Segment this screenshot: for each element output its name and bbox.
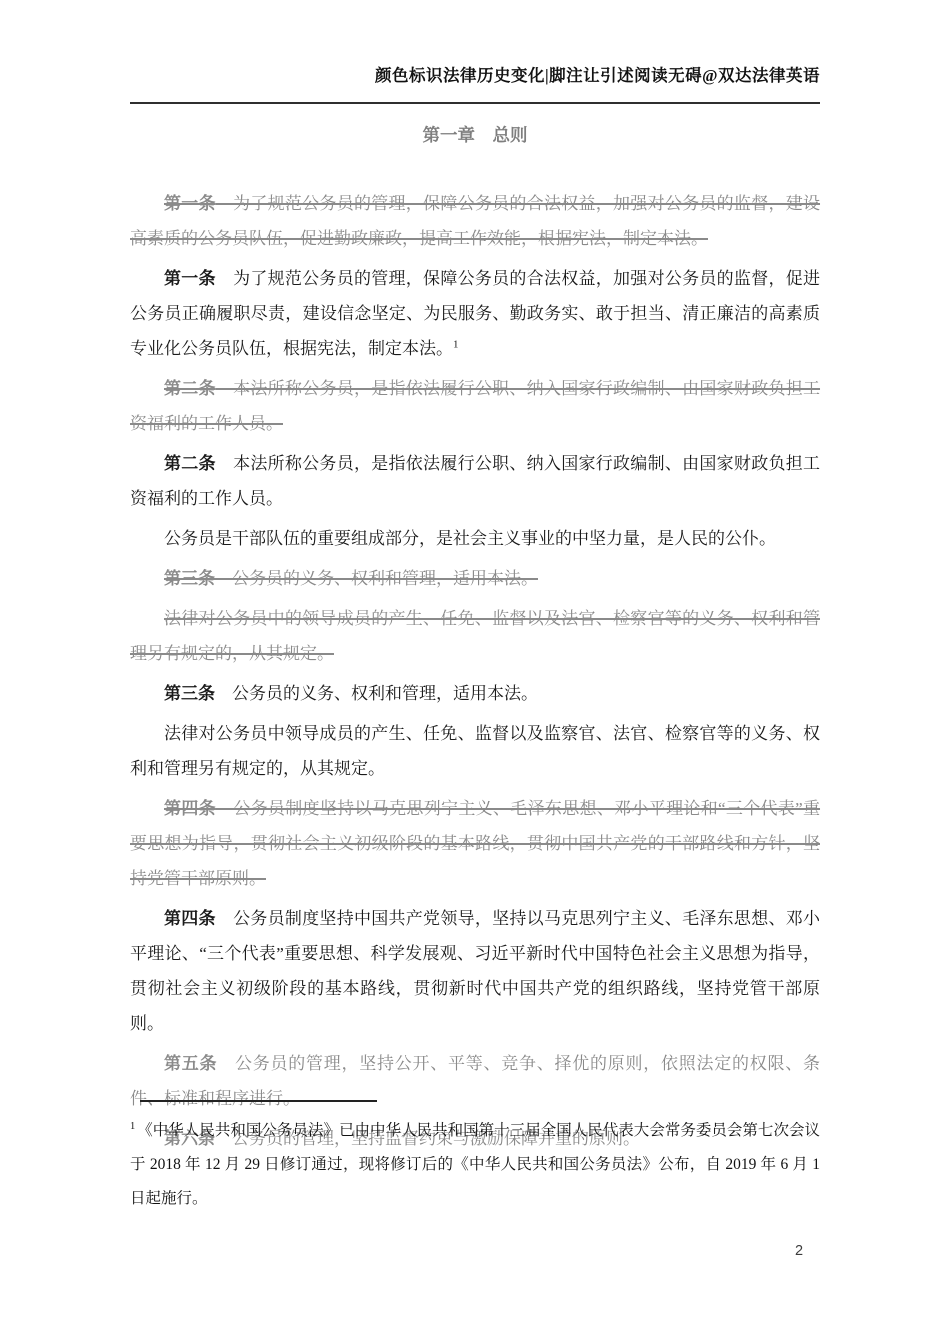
chapter-title: 第一章 总则 [130, 122, 820, 147]
article-paragraph-current: 法律对公务员中领导成员的产生、任免、监督以及监察官、法官、检察官等的义务、权利和… [130, 716, 820, 786]
article-paragraph-current: 第三条 公务员的义务、权利和管理，适用本法。 [130, 676, 820, 711]
article-number: 第一条 [164, 194, 216, 213]
article-paragraph-deleted: 法律对公务员中的领导成员的产生、任免、监督以及法官、检察官等的义务、权利和管理另… [130, 601, 820, 671]
footnote-section: 1《中华人民共和国公务员法》已由中华人民共和国第十三届全国人民代表大会常务委员会… [130, 1100, 820, 1216]
article-text: 本法所称公务员，是指依法履行公职、纳入国家行政编制、由国家财政负担工资福利的工作… [130, 454, 820, 508]
footnote-marker: 1 [130, 1121, 135, 1132]
article-paragraph-current: 第四条 公务员制度坚持中国共产党领导，坚持以马克思列宁主义、毛泽东思想、邓小平理… [130, 901, 820, 1041]
footnote-separator [140, 1100, 377, 1102]
article-paragraph-current: 第一条 为了规范公务员的管理，保障公务员的合法权益，加强对公务员的监督，促进公务… [130, 261, 820, 366]
article-number: 第三条 [164, 684, 215, 703]
article-text: 公务员制度坚持中国共产党领导，坚持以马克思列宁主义、毛泽东思想、邓小平理论、“三… [130, 909, 820, 1033]
article-number: 第二条 [164, 379, 216, 398]
article-paragraph-current: 公务员是干部队伍的重要组成部分，是社会主义事业的中坚力量，是人民的公仆。 [130, 521, 820, 556]
footnote-reference: 1 [453, 338, 459, 350]
article-text: 为了规范公务员的管理，保障公务员的合法权益，加强对公务员的监督，建设高素质的公务… [130, 194, 820, 248]
article-number: 第一条 [164, 269, 216, 288]
article-text: 公务员的义务、权利和管理，适用本法。 [215, 684, 538, 703]
article-text: 法律对公务员中领导成员的产生、任免、监督以及监察官、法官、检察官等的义务、权利和… [130, 724, 820, 778]
article-number: 第五条 [164, 1054, 217, 1073]
article-paragraph-deleted: 第三条 公务员的义务、权利和管理，适用本法。 [130, 561, 820, 596]
document-page: 颜色标识法律历史变化|脚注让引述阅读无碍@双达法律英语 第一章 总则 第一条 为… [0, 0, 950, 1344]
article-text: 公务员制度坚持以马克思列宁主义、毛泽东思想、邓小平理论和“三个代表”重要思想为指… [130, 799, 820, 888]
article-paragraph-deleted: 第四条 公务员制度坚持以马克思列宁主义、毛泽东思想、邓小平理论和“三个代表”重要… [130, 791, 820, 896]
article-number: 第四条 [164, 799, 216, 818]
page-header-text: 颜色标识法律历史变化|脚注让引述阅读无碍@双达法律英语 [130, 62, 820, 86]
article-text: 公务员是干部队伍的重要组成部分，是社会主义事业的中坚力量，是人民的公仆。 [164, 529, 776, 548]
article-text: 公务员的义务、权利和管理，适用本法。 [215, 569, 538, 588]
article-text: 为了规范公务员的管理，保障公务员的合法权益，加强对公务员的监督，促进公务员正确履… [130, 269, 820, 358]
article-paragraph-deleted: 第一条 为了规范公务员的管理，保障公务员的合法权益，加强对公务员的监督，建设高素… [130, 186, 820, 256]
header-divider [130, 102, 820, 104]
footnote-text-block: 1《中华人民共和国公务员法》已由中华人民共和国第十三届全国人民代表大会常务委员会… [130, 1114, 820, 1216]
article-paragraph-current: 第二条 本法所称公务员，是指依法履行公职、纳入国家行政编制、由国家财政负担工资福… [130, 446, 820, 516]
article-text: 本法所称公务员，是指依法履行公职、纳入国家行政编制、由国家财政负担工资福利的工作… [130, 379, 820, 433]
page-number: 2 [795, 1243, 803, 1259]
footnote-text: 《中华人民共和国公务员法》已由中华人民共和国第十三届全国人民代表大会常务委员会第… [130, 1122, 820, 1207]
article-number: 第二条 [164, 454, 216, 473]
document-body: 第一条 为了规范公务员的管理，保障公务员的合法权益，加强对公务员的监督，建设高素… [130, 186, 820, 1161]
article-text: 法律对公务员中的领导成员的产生、任免、监督以及法官、检察官等的义务、权利和管理另… [130, 609, 820, 663]
article-number: 第三条 [164, 569, 215, 588]
article-paragraph-deleted: 第二条 本法所称公务员，是指依法履行公职、纳入国家行政编制、由国家财政负担工资福… [130, 371, 820, 441]
article-number: 第四条 [164, 909, 216, 928]
